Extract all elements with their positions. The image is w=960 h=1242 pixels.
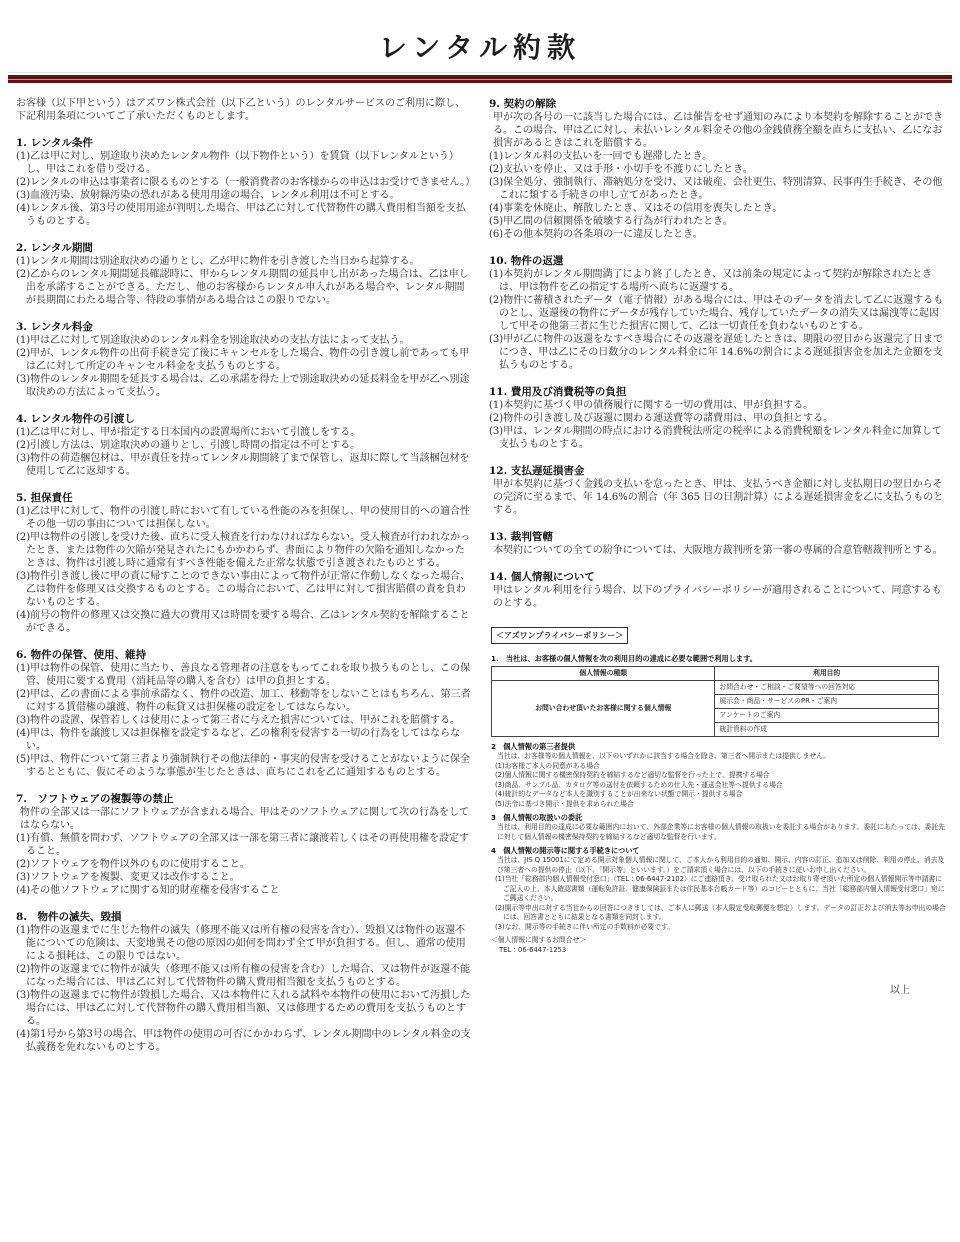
clause-item: (1)有償、無償を問わず、ソフトウェアの全部又は一部を第三者に譲渡若しくはその再… [16, 832, 473, 858]
section-lead: 物件の全部又は一部にソフトウェアが含まれる場合、甲はそのソフトウェアに関して次の… [16, 806, 473, 832]
intro-paragraph: お客様（以下甲という）はアズワン株式会社（以下乙という）のレンタルサービスのご利… [16, 97, 473, 123]
clause-item: (2)甲は、乙の書面による事前承諾なく、物件の改造、加工、移動等をしないことはも… [16, 688, 473, 714]
section-heading: 4. レンタル物件の引渡し [16, 412, 473, 426]
contract-section: 10. 物件の返還(1)本契約がレンタル期間満了により終了したとき、又は前条の規… [489, 254, 946, 372]
privacy-clause-body: 当社は、お客様等の個人情報を、以下のいずれかに該当する場合を除き、第三者へ開示ま… [489, 752, 946, 762]
clause-item: (2)物件の引き渡し及び返還に関わる運送費等の諸費用は、甲の負担とする。 [489, 412, 946, 425]
privacy-clause: 2 個人情報の第三者提供当社は、お客様等の個人情報を、以下のいずれかに該当する場… [489, 742, 946, 809]
clause-item: (4)第1号から第3号の場合、甲は物件の使用の可否にかかわらず、レンタル期間中の… [16, 1028, 473, 1054]
section-heading: 14. 個人情報について [489, 570, 946, 584]
section-heading: 2. レンタル期間 [16, 241, 473, 255]
clause-item: (6)その他本契約の各条項の一に違反したとき。 [489, 228, 946, 241]
rental-terms-page: レンタル約款 お客様（以下甲という）はアズワン株式会社（以下乙という）のレンタル… [0, 0, 960, 1242]
clause-item: (5)甲は、物件について第三者より強制執行その他法律的・事実的侵害を受けることが… [16, 753, 473, 779]
section-lead: 本契約についての全ての紛争については、大阪地方裁判所を第一審の専属的合意管轄裁判… [489, 544, 946, 557]
privacy-clause-heading: 3 個人情報の取扱いの委託 [489, 813, 946, 823]
privacy-policy-box-title: ＜アズワンプライバシーポリシー＞ [491, 627, 628, 644]
contract-section: 12. 支払遅延損害金甲が本契約に基づく金銭の支払いを怠ったとき、甲は、支払うべ… [489, 464, 946, 517]
two-column-body: お客様（以下甲という）はアズワン株式会社（以下乙という）のレンタルサービスのご利… [0, 83, 960, 1067]
section-heading: 5. 担保責任 [16, 491, 473, 505]
clause-item: (4)レンタル後、第3号の使用用途が判明した場合、甲は乙に対して代替物件の購入費… [16, 202, 473, 228]
table-column-header: 個人情報の種類 [492, 667, 715, 681]
privacy-clause-item: (3)商品、サンプル品、カタログ等の送付を依頼するための仕入先・運送会社等へ提供… [489, 781, 946, 791]
clause-item: (3)物件の設置、保管若しくは使用によって第三者に与えた損害については、甲がこれ… [16, 714, 473, 727]
table-cell-purpose: お問合わせ・ご相談・ご要望等への回答対応 [715, 681, 938, 695]
clause-item: (2)支払いを停止、又は手形・小切手を不渡りにしたとき。 [489, 163, 946, 176]
section-lead: 甲が次の各号の一に該当した場合には、乙は催告をせず通知のみにより本契約を解除する… [489, 111, 946, 150]
table-row: お問い合わせ頂いたお客様に関する個人情報お問合わせ・ご相談・ご要望等への回答対応 [492, 681, 939, 695]
contract-section: 6. 物件の保管、使用、維持(1)甲は物件の保管、使用に当たり、善良なる管理者の… [16, 648, 473, 779]
clause-item: (3)物件の返還までに物件が毀損した場合、又は本物件に入れる試料や本物件の使用に… [16, 989, 473, 1028]
clause-item: (4)事業を休廃止、解散したとき、又はその信用を喪失したとき。 [489, 202, 946, 215]
privacy-clause-heading: 2 個人情報の第三者提供 [489, 742, 946, 752]
privacy-clause: 1. 当社は、お客様の個人情報を次の利用目的の達成に必要な範囲で利用します。個人… [489, 654, 946, 737]
clause-item: (1)物件の返還までに生じた物件の滅失（修理不能又は所有権の侵害を含む）、毀損又… [16, 924, 473, 963]
privacy-clause-item: (3)なお、開示等の手続きに伴い所定の手数料が必要です。 [489, 923, 946, 933]
privacy-clause: 3 個人情報の取扱いの委託当社は、利用目的の達成に必要な範囲内において、外部企業… [489, 813, 946, 842]
clause-item: (1)本契約がレンタル期間満了により終了したとき、又は前条の規定によって契約が解… [489, 268, 946, 294]
contract-section: 2. レンタル期間(1)レンタル期間は別途取決めの通りとし、乙が甲に物件を引き渡… [16, 241, 473, 307]
clause-item: (2)物件の返還までに物件が滅失（修理不能又は所有権の侵害を含む）した場合、又は… [16, 963, 473, 989]
section-lead: 甲が本契約に基づく金銭の支払いを怠ったとき、甲は、支払うべき金額に対し支払期日の… [489, 478, 946, 517]
section-heading: 12. 支払遅延損害金 [489, 464, 946, 478]
contract-section: 8. 物件の滅失、毀損(1)物件の返還までに生じた物件の滅失（修理不能又は所有権… [16, 910, 473, 1054]
privacy-policy-block: ＜アズワンプライバシーポリシー＞ 1. 当社は、お客様の個人情報を次の利用目的の… [489, 623, 946, 955]
clause-item: (3)物件引き渡し後に甲の責に帰すことのできない事由によって物件が正常に作動しな… [16, 570, 473, 609]
privacy-clause-heading: 4 個人情報の開示等に関する手続きについて [489, 846, 946, 856]
privacy-clause-item: (1)当社「総務部内個人情報受付窓口」（TEL：06-6447-2102）にご連… [489, 875, 946, 904]
table-cell-purpose: アンケートのご案内 [715, 709, 938, 723]
privacy-clause-body: 当社は、利用目的の達成に必要な範囲内において、外部企業等にお客様の個人情報の取扱… [489, 823, 946, 842]
contract-section: 13. 裁判管轄本契約についての全ての紛争については、大阪地方裁判所を第一審の専… [489, 530, 946, 557]
contract-section: 1. レンタル条件(1)乙は甲に対し、別途取り決めたレンタル物件（以下物件という… [16, 136, 473, 228]
table-header-row: 個人情報の種類利用目的 [492, 667, 939, 681]
clause-item: (2)甲は物件の引渡しを受けた後、直ちに受入検査を行わなければならない。受入検査… [16, 531, 473, 570]
title-divider [8, 72, 952, 83]
clause-item: (5)甲乙間の信頼関係を破壊する行為が行われたとき。 [489, 215, 946, 228]
table-row-label: お問い合わせ頂いたお客様に関する個人情報 [492, 681, 715, 737]
privacy-clause-heading: 1. 当社は、お客様の個人情報を次の利用目的の達成に必要な範囲で利用します。 [489, 654, 946, 664]
section-heading: 10. 物件の返還 [489, 254, 946, 268]
clause-item: (4)前号の物件の修理又は交換に過大の費用又は時間を要する場合、乙はレンタル契約… [16, 609, 473, 635]
contract-section: 3. レンタル料金(1)甲は乙に対して別途取決めのレンタル料金を別途取決めの支払… [16, 320, 473, 399]
privacy-clause-item: (2)個人情報に関する機密保持契約を締結するなど適切な監督を行った上で、提携する… [489, 771, 946, 781]
privacy-clause-item: (1)お客様ご本人の同意がある場合 [489, 762, 946, 772]
clause-item: (1)乙は甲に対し、甲が指定する日本国内の設置場所において引渡しをする。 [16, 426, 473, 439]
page-title: レンタル約款 [0, 26, 960, 66]
contract-section: 7. ソフトウェアの複製等の禁止物件の全部又は一部にソフトウェアが含まれる場合、… [16, 792, 473, 897]
contract-section: 9. 契約の解除甲が次の各号の一に該当した場合には、乙は催告をせず通知のみにより… [489, 97, 946, 241]
privacy-clause-item: (4)統計的なデータなど本人を識別することが出来ない状態で開示・提供する場合 [489, 790, 946, 800]
clause-item: (3)物件の荷造梱包材は、甲が責任を持ってレンタル期間終了まで保管し、返却に際し… [16, 452, 473, 478]
section-heading: 1. レンタル条件 [16, 136, 473, 150]
clause-item: (1)本契約に基づく甲の債務履行に関する一切の費用は、甲が負担する。 [489, 399, 946, 412]
clause-item: (3)保全処分、強制執行、滞納処分を受け、又は破産、会社更生、特別清算、民事再生… [489, 176, 946, 202]
clause-item: (1)乙は甲に対し、別途取り決めたレンタル物件（以下物件という）を賃貸（以下レン… [16, 150, 473, 176]
privacy-clause-body: 当社は、JIS Q 15001にて定める開示対象個人情報に関して、ご本人から利用… [489, 856, 946, 875]
clause-item: (4)その他ソフトウェアに関する知的財産権を侵害すること [16, 884, 473, 897]
left-column: お客様（以下甲という）はアズワン株式会社（以下乙という）のレンタルサービスのご利… [16, 97, 473, 1067]
section-heading: 11. 費用及び消費税等の負担 [489, 385, 946, 399]
personal-info-usage-table: 個人情報の種類利用目的お問い合わせ頂いたお客様に関する個人情報お問合わせ・ご相談… [491, 666, 939, 737]
contract-section: 14. 個人情報について甲はレンタル利用を行う場合、以下のプライバシーポリシーが… [489, 570, 946, 610]
clause-item: (3)物件のレンタル期間を延長する場合は、乙の承諾を得た上で別途取決めの延長料金… [16, 373, 473, 399]
section-heading: 7. ソフトウェアの複製等の禁止 [16, 792, 473, 806]
closing-mark: 以上 [489, 981, 910, 996]
table-column-header: 利用目的 [715, 667, 938, 681]
section-heading: 6. 物件の保管、使用、維持 [16, 648, 473, 662]
privacy-clause-item: (5)法令に基づき開示・提供を求められた場合 [489, 800, 946, 810]
privacy-contact-label: ＜個人情報に関するお問合せ＞ [491, 936, 946, 946]
section-heading: 13. 裁判管轄 [489, 530, 946, 544]
clause-item: (1)甲は乙に対して別途取決めのレンタル料金を別途取決めの支払方法によって支払う… [16, 334, 473, 347]
section-heading: 8. 物件の滅失、毀損 [16, 910, 473, 924]
clause-item: (2)ソフトウェアを物件以外のものに使用すること。 [16, 858, 473, 871]
section-heading: 3. レンタル料金 [16, 320, 473, 334]
clause-item: (3)血液汚染、放射線汚染の恐れがある使用用途の場合、レンタル利用は不可とする。 [16, 189, 473, 202]
clause-item: (1)レンタル期間は別途取決めの通りとし、乙が甲に物件を引き渡した当日から起算す… [16, 255, 473, 268]
clause-item: (2)レンタルの申込は事業者に限るものとする（一般消費者のお客様からの申込はお受… [16, 176, 473, 189]
table-cell-purpose: 展示会・商品・サービスのPR・ご案内 [715, 695, 938, 709]
clause-item: (3)ソフトウェアを複製、変更又は改作すること。 [16, 871, 473, 884]
privacy-clause-item: (2)開示等申出に対する当社からの回答につきましては、ご本人に郵送（本人限定受取… [489, 904, 946, 923]
right-column: 9. 契約の解除甲が次の各号の一に該当した場合には、乙は催告をせず通知のみにより… [489, 97, 946, 1067]
clause-item: (2)引渡し方法は、別途取決めの通りとし、引渡し時間の指定は不可とする。 [16, 439, 473, 452]
clause-item: (2)乙からのレンタル期間延長確認時に、甲からレンタル期間の延長申し出があった場… [16, 268, 473, 307]
privacy-clause: 4 個人情報の開示等に関する手続きについて当社は、JIS Q 15001にて定め… [489, 846, 946, 932]
section-lead: 甲はレンタル利用を行う場合、以下のプライバシーポリシーが適用されることについて、… [489, 584, 946, 610]
clause-item: (3)甲が乙に物件の返還をなすべき場合にその返還を遅延したときは、期限の翌日から… [489, 333, 946, 372]
table-cell-purpose: 統計資料の作成 [715, 723, 938, 737]
clause-item: (1)乙は甲に対して、物件の引渡し時において有している性能のみを担保し、甲の使用… [16, 505, 473, 531]
contract-section: 11. 費用及び消費税等の負担(1)本契約に基づく甲の債務履行に関する一切の費用… [489, 385, 946, 451]
section-heading: 9. 契約の解除 [489, 97, 946, 111]
clause-item: (2)物件に蓄積されたデータ（電子情報）がある場合には、甲はそのデータを消去して… [489, 294, 946, 333]
clause-item: (1)甲は物件の保管、使用に当たり、善良なる管理者の注意をもってこれを取り扱うも… [16, 662, 473, 688]
clause-item: (4)甲は、物件を譲渡し又は担保権を設定するなど、乙の権利を侵害する一切の行為を… [16, 727, 473, 753]
privacy-contact-tel: TEL：06-6447-1253 [489, 946, 946, 956]
clause-item: (2)甲が、レンタル物件の出荷手続き完了後にキャンセルをした場合、物件の引き渡し… [16, 347, 473, 373]
clause-item: (3)甲は、レンタル期間の時点における消費税法所定の税率による消費税額をレンタル… [489, 425, 946, 451]
clause-item: (1)レンタル料の支払いを一回でも遅滞したとき。 [489, 150, 946, 163]
contract-section: 5. 担保責任(1)乙は甲に対して、物件の引渡し時において有している性能のみを担… [16, 491, 473, 635]
contract-section: 4. レンタル物件の引渡し(1)乙は甲に対し、甲が指定する日本国内の設置場所にお… [16, 412, 473, 478]
